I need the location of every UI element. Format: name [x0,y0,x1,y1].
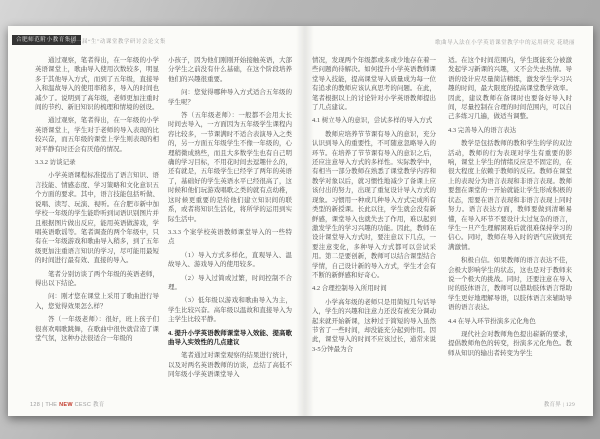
right-page-column-2: 适。在这个时间范围内，学生既能充分被激发起学习新课的兴趣，又不会失去热情。导语的… [448,56,572,400]
paragraph: 适。在这个时间范围内，学生既能充分被激发起学习新课的兴趣，又不会失去热情。导语的… [448,56,572,122]
left-footer-brand-red: NEW [59,402,73,408]
center-gutter-shadow [296,26,314,416]
paragraph: 问：刚才您在课堂上采用了歌曲进行导入，您觉得效果怎么样？ [35,292,159,311]
left-footer-brand-rest: CESC 教育 [73,402,105,408]
section-heading: 4.2 合理控制导入所用时间 [312,284,436,293]
paragraph: （1）导入方式多样化，直观导入、温故导入、游戏导入的使用较多。 [168,251,292,270]
paragraph: 积极自信。如果教师的语言表达不佳，会极大影响学生的状态，这也是对于教师来说一个极… [448,256,572,312]
paragraph: 问：您觉得哪种导入方式适合五年级的学生呢？ [168,88,292,107]
section-heading: 4.4 在导入环节扮演多元化角色 [448,317,572,326]
left-page-column-1: 通过观察，笔者得出，在一年级的小学英语课堂上，歌曲导入使用次数较多，明显多于其他… [35,56,159,400]
paragraph: （3）低年级以游戏和歌曲导入为主，学生比较兴奋。高年级以温故和直接导入为主学生比… [168,296,292,324]
right-page-column-1: 情况，发现两个年级都或多或少地存在着一些问题尚待解决。如何提升小学英语教师课堂导… [312,56,436,400]
left-footer-page-number: 128 | THE [30,402,59,408]
paragraph: 答（一年级老师）：很好，班上孩子们很喜欢唱歌跳舞，在歌曲中很快就营造了课堂气氛，… [35,315,159,343]
paragraph: 通过观察，笔者得出，在一年级的小学英语课堂上，学生对于老师的导入表现的比较兴奋，… [35,116,159,154]
left-page-footer: 128 | THE NEW CESC 教育 [30,400,105,408]
right-running-head-article-title: 歌曲导入法在小学英语课堂教学中的运用研究 花晓丽 [435,38,575,46]
paragraph: （2）导入过简或过繁，时间控制不合理。 [168,274,292,293]
paragraph: 现代社会对教师角色提出崭新的要求，提倡教师角色的转变，扮演多元化角色。教师从知识… [448,330,572,358]
paragraph: 笔者分别访谈了两个年级的英语老师，得出以下结论。 [35,270,159,289]
paragraph: 情况，发现两个年级都或多或少地存在着一些问题尚待解决。如何提升小学英语教师课堂导… [312,56,436,112]
paragraph: 小学高年级的老师只是用简短几句话导入，学生的兴趣和注意力还没有被充分调动起来就开… [312,298,436,354]
paragraph: 答（五年级老师）：一般都不会用太长时间去导入，一方面因为五年级学生课程内容比较多… [168,111,292,224]
paragraph: 小孩子，因为他们刚刚开始接触英语，大部分学生之前没有什么基础，在这个阶段培养他们… [168,56,292,84]
section-heading: 3.3.3 个案学校英语教师课堂导入的一些特点 [168,228,292,247]
page-spread: 合肥师范附小教育集团 第一届“生”动课堂教学研讨会论文集 歌曲导入法在小学英语课… [8,26,593,416]
section-heading: 4. 提升小学英语教师课堂导入效能、提高歌曲导入实效性的几点建议 [168,329,292,348]
left-running-head: 第一届“生”动课堂教学研讨会论文集 [70,37,166,45]
section-heading: 4.1 树立导入的意识，尝试多样的导入方式 [312,116,436,125]
paragraph: 教学是包括教师的教和学生的学的双边活动，教师的行为表现对学生有重要的影响，课堂上… [448,139,572,252]
scanned-document-background: 合肥师范附小教育集团 第一届“生”动课堂教学研讨会论文集 歌曲导入法在小学英语课… [0,0,600,439]
paragraph: 笔者通过对课堂观察的结果进行统计，以及对两名英语教师的访谈，总结了高低不同年级小… [168,351,292,379]
right-page-footer: 教育界 | 129 [544,400,575,408]
paragraph: 教师应培养节节课有导入的意识，充分认识到导入的重要性，不可随意忽略导入的环节。在… [312,130,436,281]
section-heading: 4.3 完善导入的语言表达 [448,126,572,135]
paragraph: 通过观察，笔者得出，在一年级的小学英语课堂上，歌曲导入使用次数较多，明显多于其他… [35,56,159,112]
section-heading: 3.3.2 访谈记录 [35,158,159,167]
paragraph: 小学英语课程标准提出了语言知识、语言技能、情感态度、学习策略和文化意识五个方面的… [35,171,159,265]
left-page-column-2: 小孩子，因为他们刚刚开始接触英语，大部分学生之前没有什么基础，在这个阶段培养他们… [168,56,292,400]
